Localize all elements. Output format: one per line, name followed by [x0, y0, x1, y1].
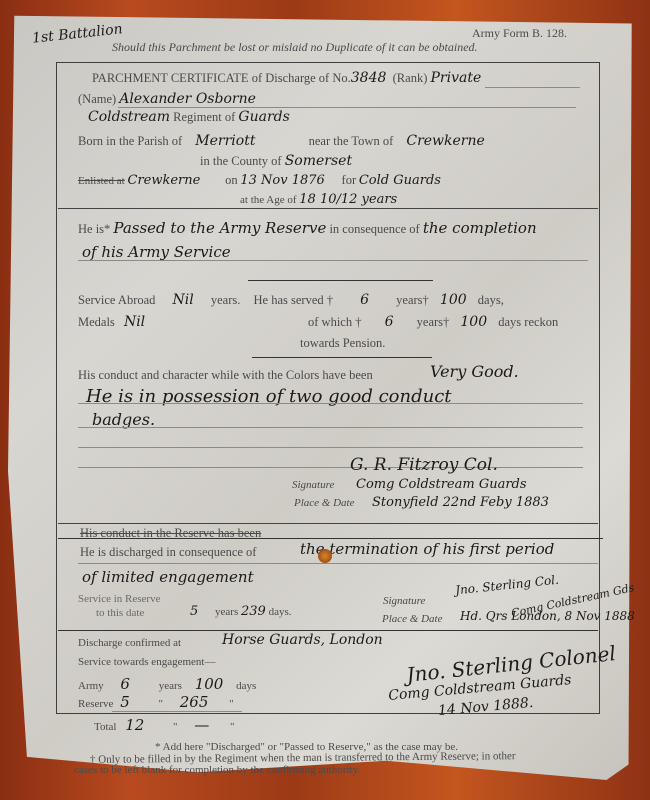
reserve-line: Reserve 5 " 265 ": [78, 693, 234, 711]
confirmed-at: Horse Guards, London: [222, 632, 383, 648]
signature-1-title: Comg Coldstream Guards: [356, 477, 527, 492]
service-reserve-values: 5 years 239 days.: [190, 604, 292, 619]
footnote-3: cases to be left blank for completion by…: [74, 764, 360, 776]
county: Somerset: [285, 153, 352, 169]
signature-1-label: Signature: [292, 479, 334, 491]
place-date-1: Stonyfield 22nd Feby 1883: [372, 495, 549, 510]
served-line: Service Abroad Nil years. He has served …: [78, 292, 504, 308]
enlisted-on: 13 Nov 1876: [240, 173, 324, 188]
discharge-reason-2: of limited engagement: [82, 568, 254, 586]
name-line: (Name) Alexander Osborne: [78, 91, 256, 107]
place-date-1-label: Place & Date: [294, 497, 354, 509]
service-reserve-label-1: Service in Reserve: [78, 593, 160, 605]
consequence-cont: of his Army Service: [82, 243, 231, 261]
soldier-name: Alexander Osborne: [119, 91, 256, 107]
age: 18 10/12 years: [299, 192, 397, 207]
service-number: 3848: [351, 70, 387, 86]
enlisted-line: Enlisted at Crewkerne on 13 Nov 1876 for…: [78, 173, 441, 188]
age-line: at the Age of 18 10/12 years: [240, 192, 397, 207]
enlisted-at: Crewkerne: [128, 173, 201, 188]
total-line: Total 12 " — ": [94, 716, 235, 734]
he-is-line: He is* Passed to the Army Reserve in con…: [78, 219, 537, 237]
signature-2-label: Signature: [383, 595, 425, 607]
signature-1: G. R. Fitzroy Col.: [350, 455, 498, 475]
service-reserve-label-2: to this date: [96, 607, 144, 619]
duplicate-warning: Should this Parchment be lost or mislaid…: [112, 40, 478, 55]
enlisted-for: Cold Guards: [359, 173, 441, 188]
form-number: Army Form B. 128.: [472, 26, 567, 41]
parish: Merriott: [195, 133, 255, 149]
rank: Private: [430, 70, 481, 86]
he-is-status: Passed to the Army Reserve: [113, 219, 326, 237]
confirmed-label: Discharge confirmed at: [78, 637, 181, 649]
medals-line: Medals Nil: [78, 314, 145, 330]
regiment: Guards: [238, 109, 289, 125]
birth-line: Born in the Parish of Merriott near the …: [78, 133, 485, 149]
discharged-label: He is discharged in consequence of: [80, 545, 256, 560]
wax-seal: [318, 549, 332, 563]
conduct-label: His conduct and character while with the…: [78, 368, 373, 383]
place-date-2: Hd. Qrs London, 8 Nov 1888: [460, 609, 635, 623]
place-date-2-label: Place & Date: [382, 613, 442, 625]
reckon-line: of which † 6 years† 100 days reckon: [308, 314, 558, 330]
discharge-reason-1: the termination of his first period: [300, 540, 554, 558]
conduct-value: Very Good.: [430, 362, 519, 381]
engagement-label: Service towards engagement—: [78, 656, 215, 668]
army-line: Army 6 years 100 days: [78, 675, 256, 693]
certificate-title: PARCHMENT CERTIFICATE of Discharge of No…: [92, 70, 481, 86]
pension-label: towards Pension.: [300, 336, 385, 351]
county-line: in the County of Somerset: [200, 153, 352, 169]
regiment-line: Coldstream Regiment of Guards: [88, 109, 290, 125]
town: Crewkerne: [406, 133, 484, 149]
